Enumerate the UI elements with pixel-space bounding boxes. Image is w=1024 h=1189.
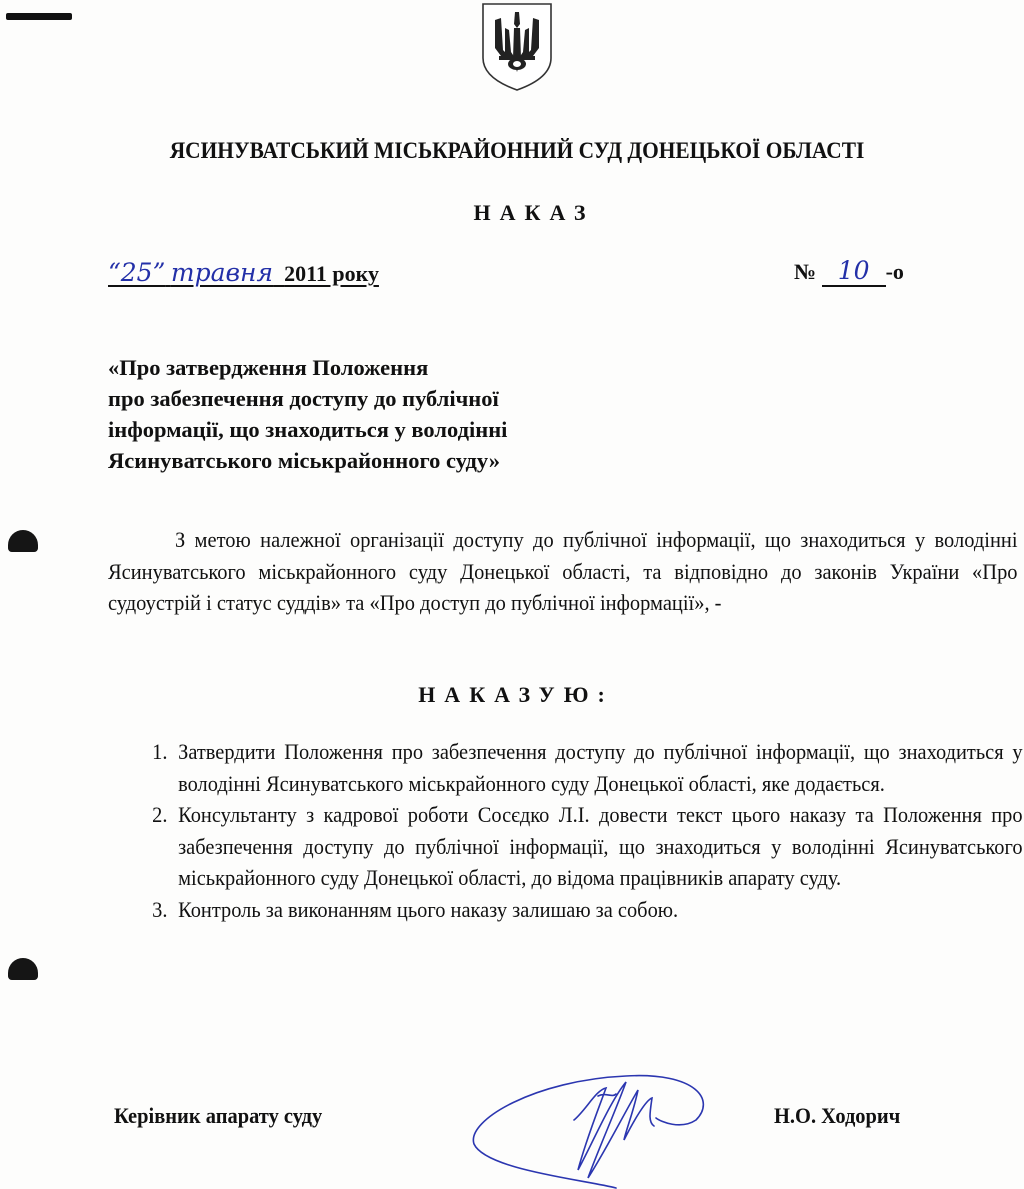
orders-list: Затвердити Положення про забезпечення до… xyxy=(115,736,1023,925)
subject-line: «Про затвердження Положення xyxy=(108,352,507,383)
coat-of-arms-icon xyxy=(479,0,555,92)
signature-icon xyxy=(466,1060,746,1189)
number-sign: № xyxy=(794,259,816,284)
order-number: № 10-о xyxy=(794,258,904,287)
punch-hole-mark xyxy=(8,958,38,980)
date-year: 2011 року xyxy=(284,261,379,286)
order-item: Затвердити Положення про забезпечення до… xyxy=(173,736,1023,799)
subject-line: про забезпечення доступу до публічної xyxy=(108,383,507,414)
orders-heading: НАКАЗУЮ: xyxy=(0,682,1024,708)
handwritten-day: “25” xyxy=(108,258,165,287)
signatory-role: Керівник апарату суду xyxy=(114,1103,322,1129)
subject-line: інформації, що знаходиться у володінні xyxy=(108,414,507,445)
handwritten-month: травня xyxy=(171,258,273,287)
order-item: Консультанту з кадрової роботи Сосєдко Л… xyxy=(173,799,1023,894)
order-subject: «Про затвердження Положення про забезпеч… xyxy=(108,352,507,476)
document-type-heading: НАКАЗ xyxy=(0,200,1024,226)
signatory-name: Н.О. Ходорич xyxy=(774,1103,900,1129)
subject-line: Ясинуватського міськрайонного суду» xyxy=(108,445,507,476)
order-item: Контроль за виконанням цього наказу зали… xyxy=(173,894,1023,926)
punch-hole-mark xyxy=(8,530,38,552)
handwritten-number: 10 xyxy=(838,256,870,285)
order-date: “25” травня 2011 року xyxy=(108,258,379,287)
court-title: ЯСИНУВАТСЬКИЙ МІСЬКРАЙОННИЙ СУД ДОНЕЦЬКО… xyxy=(41,138,993,164)
number-suffix: -о xyxy=(886,259,904,284)
scan-artifact-bar xyxy=(6,13,72,20)
preamble: З метою належної організації доступу до … xyxy=(108,524,1018,619)
preamble-text: З метою належної організації доступу до … xyxy=(108,524,1018,619)
